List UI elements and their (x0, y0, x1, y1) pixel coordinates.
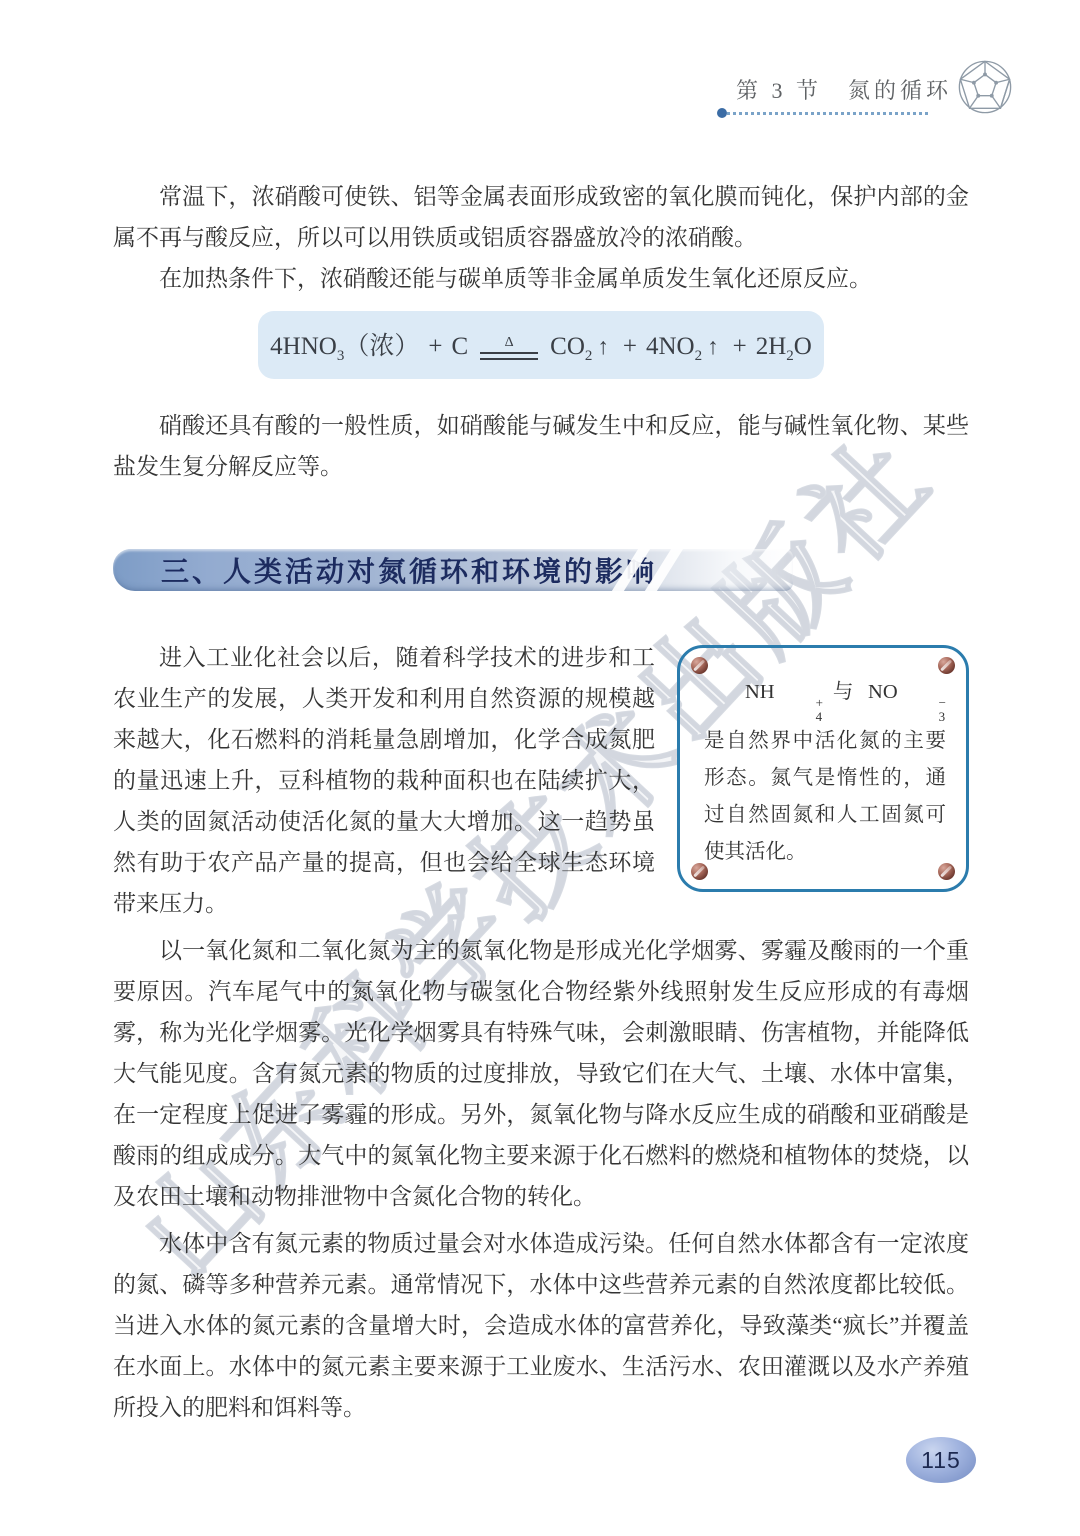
eq-plus: + (733, 333, 747, 360)
double-line (480, 352, 538, 360)
eq-plus: + (623, 333, 637, 360)
screw-icon (938, 657, 955, 674)
dotted-rule (720, 112, 928, 115)
page-number-badge: 115 (906, 1437, 976, 1483)
fullerene-molecule-icon (956, 58, 1014, 121)
page-header: 第 3 节 氮的循环 (720, 74, 1014, 121)
note-text: NH+4 与 NO−3 是自然界中活化氮的主要形态。氮气是惰性的，通过自然固氮和… (704, 674, 946, 871)
note-body-text: 是自然界中活化氮的主要形态。氮气是惰性的，通过自然固氮和人工固氮可使其活化。 (704, 730, 946, 863)
eq-carbon: C (451, 333, 468, 360)
eq-h2o: 2H (756, 333, 787, 360)
paragraph-passivation: 常温下，浓硝酸可使铁、铝等金属表面形成致密的氧化膜而钝化，保护内部的金属不再与酸… (113, 176, 969, 258)
ammonium-formula: NH+4 (745, 681, 823, 703)
equation-box: 4HNO3（浓）+C Δ CO2↑+4NO2↑+2H2O (258, 311, 824, 379)
section-title: 三、人类活动对氮循环和环境的影响 (161, 550, 657, 590)
header-text-column: 第 3 节 氮的循环 (720, 74, 952, 115)
section-label: 第 3 节 氮的循环 (720, 74, 952, 105)
gas-arrow-icon: ↑ (707, 334, 719, 359)
eq-sub: 2 (695, 348, 703, 364)
eq-plus: + (428, 333, 442, 360)
delta-symbol: Δ (505, 336, 514, 350)
eq-sub: 2 (786, 348, 794, 364)
formula-no: NO (868, 681, 898, 703)
paragraph-heated-reaction: 在加热条件下，浓硝酸还能与碳单质等非金属单质发生氧化还原反应。 (113, 258, 969, 299)
paragraph-acid-properties: 硝酸还具有酸的一般性质，如硝酸能与碱发生中和反应，能与碱性氧化物、某些盐发生复分… (113, 405, 969, 487)
margin-note-box: NH+4 与 NO−3 是自然界中活化氮的主要形态。氮气是惰性的，通过自然固氮和… (677, 645, 969, 892)
screw-icon (691, 657, 708, 674)
chemical-equation: 4HNO3（浓）+C Δ CO2↑+4NO2↑+2H2O (270, 326, 812, 365)
screw-icon (691, 863, 708, 880)
eq-sub: 2 (585, 348, 593, 364)
page-body: 常温下，浓硝酸可使铁、铝等金属表面形成致密的氧化膜而钝化，保护内部的金属不再与酸… (113, 176, 969, 1428)
paragraph-water-pollution: 水体中含有氮元素的物质过量会对水体造成污染。任何自然水体都含有一定浓度的氮、磷等… (113, 1223, 969, 1428)
note-conjunction: 与 (823, 681, 868, 703)
eq-lhs: 4HNO (270, 333, 337, 360)
eq-co2: CO (550, 333, 585, 360)
formula-sub: 3 (898, 710, 946, 724)
textbook-page: 山东科学技术出版社 第 3 节 氮的循环 (0, 0, 1080, 1536)
screw-icon (938, 863, 955, 880)
eq-state: （浓） (344, 333, 419, 360)
reaction-condition-delta: Δ (480, 336, 538, 360)
paragraph-with-note: NH+4 与 NO−3 是自然界中活化氮的主要形态。氮气是惰性的，通过自然固氮和… (113, 637, 969, 924)
formula-sup: − (898, 696, 946, 710)
formula-sup: + (775, 696, 823, 710)
nitrate-formula: NO−3 (868, 681, 946, 703)
paragraph-photochemical-smog: 以一氧化氮和二氧化氮为主的氮氧化物是形成光化学烟雾、雾霾及酸雨的一个重要原因。汽… (113, 930, 969, 1217)
gas-arrow-icon: ↑ (597, 334, 609, 359)
section-header-bar: 三、人类活动对氮循环和环境的影响 (113, 549, 793, 591)
formula-sub: 4 (775, 710, 823, 724)
formula-nh: NH (745, 681, 775, 703)
eq-no2: 4NO (646, 333, 695, 360)
eq-h2o-o: O (794, 333, 812, 360)
